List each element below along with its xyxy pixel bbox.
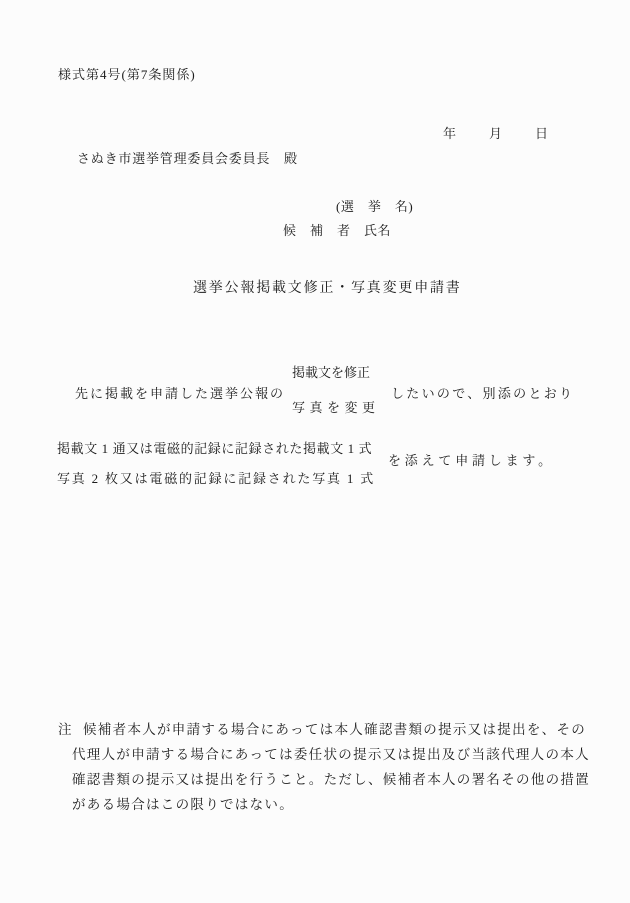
note-line-3: 確認書類の提示又は提出を行うこと。ただし、候補者本人の署名その他の措置 bbox=[72, 768, 590, 788]
note-line-1: 候補者本人が申請する場合にあっては本人確認書類の提示又は提出を、その bbox=[83, 718, 586, 738]
note-line-2: 代理人が申請する場合にあっては委任状の提示又は提出及び当該代理人の本人 bbox=[72, 743, 590, 763]
note-line-4: がある場合はこの限りではない。 bbox=[72, 793, 294, 813]
body-choice-photo-text: 写真を変更 bbox=[292, 397, 380, 416]
date-year-label: 年 bbox=[443, 126, 456, 141]
election-name-label: (選 挙 名) bbox=[336, 196, 413, 215]
note-marker: 注 bbox=[58, 718, 73, 738]
date-month-label: 月 bbox=[489, 126, 502, 141]
body-lead-text: 先に掲載を申請した選挙公報の bbox=[75, 383, 285, 402]
date-line: 年月日 bbox=[430, 107, 548, 158]
page-title: 選挙公報掲載文修正・写真変更申請書 bbox=[193, 277, 462, 297]
addressee-line: さぬき市選挙管理委員会委員長 殿 bbox=[77, 148, 298, 167]
form-number: 様式第4号(第7条関係) bbox=[58, 64, 196, 83]
attachment-line-photo: 写真 2 枚又は電磁的記録に記録された写真 1 式 bbox=[57, 468, 375, 487]
body-tail-text: したいので、別添のとおり bbox=[391, 383, 574, 402]
candidate-name-label: 候 補 者 氏名 bbox=[283, 220, 391, 239]
application-form-page: 様式第4号(第7条関係) 年月日 さぬき市選挙管理委員会委員長 殿 (選 挙 名… bbox=[0, 0, 630, 903]
attachment-tail-text: を添えて申請します。 bbox=[388, 450, 555, 469]
date-day-label: 日 bbox=[535, 126, 548, 141]
body-choice-correct-text: 掲載文を修正 bbox=[292, 362, 370, 381]
attachment-line-text: 掲載文 1 通又は電磁的記録に記録された掲載文 1 式 bbox=[57, 438, 372, 457]
